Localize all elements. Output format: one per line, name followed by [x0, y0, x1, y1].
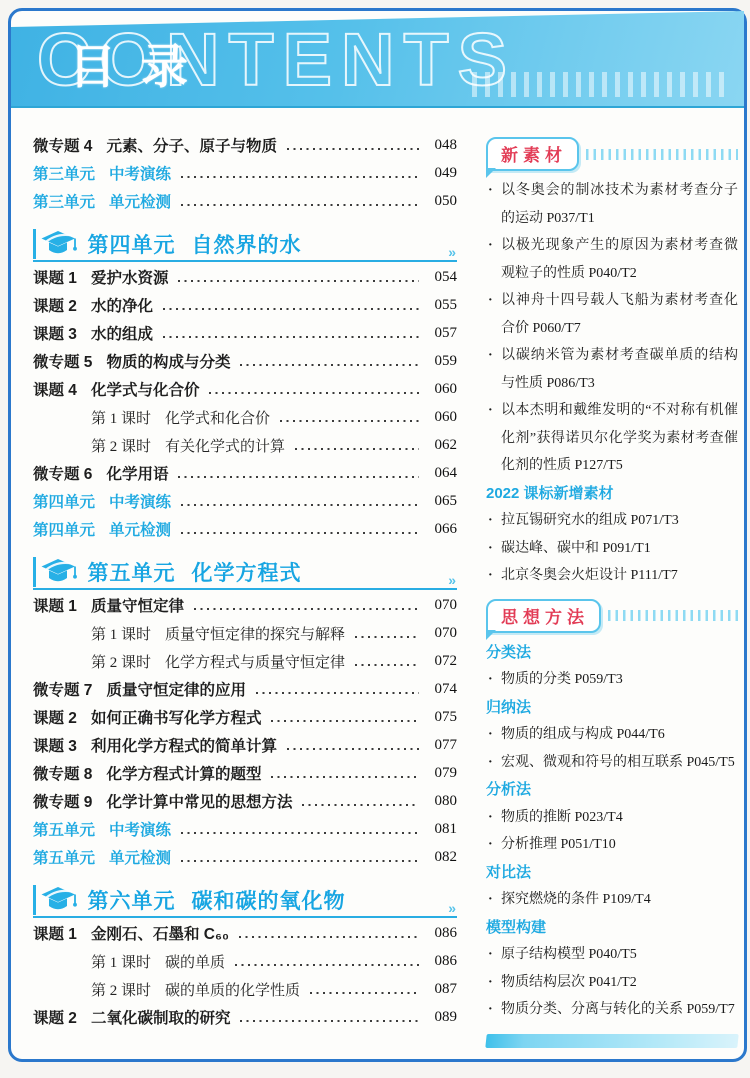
toc-row-title: 水的净化	[91, 294, 153, 316]
dot-leader	[278, 413, 419, 426]
toc-row-page-number: 050	[427, 193, 457, 210]
toc-row-label: 微专题 8	[33, 762, 92, 784]
dot-leader	[254, 685, 419, 698]
toc-row-label: 第 2 课时	[91, 651, 151, 672]
toc-row-title: 水的组成	[91, 322, 153, 344]
dot-leader	[308, 985, 419, 998]
section-title: 碳和碳的氧化物	[192, 885, 346, 915]
toc-row-page-number: 070	[427, 625, 457, 642]
toc-row-page-number: 079	[427, 765, 457, 782]
sidebar-subheading: 归纳法	[486, 694, 738, 722]
toc-row-page-number: 062	[427, 437, 457, 454]
toc-row-page-number: 077	[427, 737, 457, 754]
toc-row-title: 碳的单质的化学性质	[165, 979, 300, 1000]
sidebar-item: 以冬奥会的制冰技术为素材考查分子的运动 P037/T1	[486, 177, 738, 232]
section-header: 第四单元 自然界的水 »	[33, 228, 457, 262]
sidebar-item: 物质的组成与构成 P044/T6	[486, 721, 738, 749]
toc-row-title: 化学计算中常见的思想方法	[106, 790, 292, 812]
toc-row-title: 化学式和化合价	[165, 407, 270, 428]
dot-leader	[285, 141, 419, 154]
toc-row: 第 1 课时 质量守恒定律的探究与解释 070	[33, 619, 457, 647]
toc-row: 微专题 6 化学用语 064	[33, 459, 457, 487]
toc-row: 第 1 课时 化学式和化合价 060	[33, 403, 457, 431]
dot-leader	[192, 601, 419, 614]
toc-row-page-number: 060	[427, 381, 457, 398]
chevron-right-icon: »	[448, 244, 455, 260]
toc-row-title: 单元检测	[109, 518, 171, 540]
toc-row-page-number: 048	[427, 137, 457, 154]
toc-row-label: 第五单元	[33, 818, 95, 840]
dot-leader	[353, 657, 419, 670]
toc-row-label: 第 1 课时	[91, 951, 151, 972]
toc-row-label: 微专题 4	[33, 134, 92, 156]
dot-leader	[293, 441, 419, 454]
toc-row-label: 课题 2	[33, 706, 77, 728]
sidebar-item: 以碳纳米管为素材考查碳单质的结构与性质 P086/T3	[486, 342, 738, 397]
toc-row-title: 如何正确书写化学方程式	[91, 706, 262, 728]
dot-leader	[233, 957, 419, 970]
section-left-rule	[33, 229, 36, 259]
dot-leader	[176, 469, 419, 482]
toc-row-page-number: 081	[427, 821, 457, 838]
toc-row-title: 物质的构成与分类	[106, 350, 230, 372]
toc-row-label: 第三单元	[33, 190, 95, 212]
toc-row-label: 课题 3	[33, 322, 77, 344]
sidebar-item: 物质分类、分离与转化的关系 P059/T7	[486, 996, 738, 1024]
toc-row-page-number: 074	[427, 681, 457, 698]
sidebar-item: 原子结构模型 P040/T5	[486, 941, 738, 969]
toc-row-title: 质量守恒定律的探究与解释	[165, 623, 345, 644]
graduation-cap-icon	[41, 230, 77, 259]
toc-row-label: 课题 1	[33, 922, 77, 944]
toc-row-label: 微专题 7	[33, 678, 92, 700]
section-title: 化学方程式	[192, 557, 302, 587]
sidebar-item: 宏观、微观和符号的相互联系 P045/T5	[486, 749, 738, 777]
section-title: 自然界的水	[192, 229, 302, 259]
sidebar-subheading: 分类法	[486, 639, 738, 667]
toc-row-title: 金刚石、石墨和 C₆₀	[91, 922, 229, 944]
dot-leader	[353, 629, 419, 642]
toc-row: 课题 1 金刚石、石墨和 C₆₀ 086	[33, 919, 457, 947]
dot-leader	[176, 273, 419, 286]
toc-row-page-number: 049	[427, 165, 457, 182]
sidebar-tag: 新素材	[486, 137, 579, 171]
chevron-right-icon: »	[448, 572, 455, 588]
toc-row: 课题 1 质量守恒定律 070	[33, 591, 457, 619]
toc-row-label: 第四单元	[33, 490, 95, 512]
tag-stripes-decoration	[608, 610, 738, 621]
toc-row-title: 化学方程式与质量守恒定律	[165, 651, 345, 672]
toc-row: 课题 3 利用化学方程式的简单计算 077	[33, 731, 457, 759]
sidebar-tag-row: 新素材	[486, 136, 738, 172]
toc-row: 第四单元 单元检测 066	[33, 515, 457, 543]
sidebar-subheading: 2022 课标新增素材	[486, 480, 738, 508]
toc-row-page-number: 054	[427, 269, 457, 286]
toc-row-label: 课题 4	[33, 378, 77, 400]
dot-leader	[269, 713, 419, 726]
dot-leader	[179, 197, 419, 210]
toc-row-page-number: 082	[427, 849, 457, 866]
toc-row-page-number: 087	[427, 981, 457, 998]
toc-row-page-number: 086	[427, 925, 457, 942]
toc-row-page-number: 080	[427, 793, 457, 810]
section-unit-label: 第四单元	[88, 229, 176, 259]
section-left-rule	[33, 557, 36, 587]
toc-row-title: 中考演练	[109, 818, 171, 840]
toc-row-page-number: 072	[427, 653, 457, 670]
toc-row-title: 化学方程式计算的题型	[106, 762, 261, 784]
sidebar-blocks: 新素材 以冬奥会的制冰技术为素材考查分子的运动 P037/T1以极光现象产生的原…	[486, 136, 738, 1024]
toc-row-label: 微专题 9	[33, 790, 92, 812]
graduation-cap-icon	[41, 558, 77, 587]
dot-leader	[269, 769, 419, 782]
toc-row: 第 2 课时 有关化学式的计算 062	[33, 431, 457, 459]
toc-row-label: 微专题 5	[33, 350, 92, 372]
toc-row: 课题 2 二氧化碳制取的研究 089	[33, 1003, 457, 1031]
toc-row: 微专题 5 物质的构成与分类 059	[33, 347, 457, 375]
toc-row-title: 质量守恒定律的应用	[106, 678, 246, 700]
toc-row: 第五单元 中考演练 081	[33, 815, 457, 843]
dot-leader	[179, 825, 419, 838]
dot-leader	[179, 525, 419, 538]
dot-leader	[238, 357, 419, 370]
dot-leader	[161, 301, 419, 314]
toc-row-title: 爱护水资源	[91, 266, 169, 288]
dot-leader	[238, 1013, 419, 1026]
highlight-bar	[485, 1034, 738, 1048]
sidebar-item: 拉瓦锡研究水的组成 P071/T3	[486, 507, 738, 535]
sidebar-item: 以神舟十四号载人飞船为素材考查化合价 P060/T7	[486, 287, 738, 342]
toc-row-page-number: 064	[427, 465, 457, 482]
sidebar-tag-row: 思想方法	[486, 598, 738, 634]
sidebar-item: 物质的分类 P059/T3	[486, 666, 738, 694]
dot-leader	[179, 853, 419, 866]
sidebar-subheading: 模型构建	[486, 914, 738, 942]
chevron-right-icon: »	[448, 900, 455, 916]
sidebar-tag: 思想方法	[486, 599, 601, 633]
dot-leader	[237, 929, 419, 942]
section-header: 第五单元 化学方程式 »	[33, 556, 457, 590]
sidebar-item: 北京冬奥会火炬设计 P111/T7	[486, 562, 738, 590]
toc-row: 微专题 7 质量守恒定律的应用 074	[33, 675, 457, 703]
toc-row: 第五单元 单元检测 082	[33, 843, 457, 871]
toc-row-title: 中考演练	[109, 162, 171, 184]
sidebar-subheading: 分析法	[486, 776, 738, 804]
toc-row: 微专题 9 化学计算中常见的思想方法 080	[33, 787, 457, 815]
section-unit-label: 第五单元	[88, 557, 176, 587]
toc-row-page-number: 060	[427, 409, 457, 426]
toc-row-title: 化学式与化合价	[91, 378, 200, 400]
toc-row: 第 2 课时 碳的单质的化学性质 087	[33, 975, 457, 1003]
toc-row-label: 第 1 课时	[91, 623, 151, 644]
toc-row-page-number: 059	[427, 353, 457, 370]
toc-row-title: 单元检测	[109, 190, 171, 212]
sidebar-groups: 分类法物质的分类 P059/T3归纳法物质的组成与构成 P044/T6宏观、微观…	[486, 639, 738, 1024]
sidebar-item: 物质结构层次 P041/T2	[486, 969, 738, 997]
sidebar-block: 新素材 以冬奥会的制冰技术为素材考查分子的运动 P037/T1以极光现象产生的原…	[486, 136, 738, 590]
toc-row-title: 利用化学方程式的简单计算	[91, 734, 277, 756]
toc-row-page-number: 066	[427, 521, 457, 538]
dot-leader	[161, 329, 419, 342]
sidebar-item: 物质的推断 P023/T4	[486, 804, 738, 832]
toc-row-label: 第四单元	[33, 518, 95, 540]
toc-row-title: 质量守恒定律	[91, 594, 184, 616]
sidebar: 新素材 以冬奥会的制冰技术为素材考查分子的运动 P037/T1以极光现象产生的原…	[486, 136, 738, 1048]
header-banner: CONTENTS 目录	[11, 11, 744, 108]
toc-row: 课题 2 水的净化 055	[33, 291, 457, 319]
toc-row: 第 1 课时 碳的单质 086	[33, 947, 457, 975]
toc-row: 第三单元 中考演练 049	[33, 159, 457, 187]
section-header: 第六单元 碳和碳的氧化物 »	[33, 884, 457, 918]
banner-title-chinese: 目录	[69, 43, 213, 90]
toc-row-page-number: 086	[427, 953, 457, 970]
toc-row-title: 化学用语	[106, 462, 168, 484]
toc-row: 微专题 8 化学方程式计算的题型 079	[33, 759, 457, 787]
sidebar-item: 探究燃烧的条件 P109/T4	[486, 886, 738, 914]
toc-row-title: 有关化学式的计算	[165, 435, 285, 456]
toc-row-page-number: 089	[427, 1009, 457, 1026]
graduation-cap-icon	[41, 886, 77, 915]
toc-row-label: 课题 3	[33, 734, 77, 756]
section-unit-label: 第六单元	[88, 885, 176, 915]
tag-stripes-decoration	[586, 149, 738, 160]
toc-row-title: 单元检测	[109, 846, 171, 868]
toc-row-page-number: 055	[427, 297, 457, 314]
sidebar-groups: 以冬奥会的制冰技术为素材考查分子的运动 P037/T1以极光现象产生的原因为素材…	[486, 177, 738, 590]
sidebar-item: 碳达峰、碳中和 P091/T1	[486, 535, 738, 563]
sidebar-item: 分析推理 P051/T10	[486, 831, 738, 859]
toc-row-label: 第 1 课时	[91, 407, 151, 428]
dot-leader	[300, 797, 419, 810]
toc-row-label: 课题 2	[33, 294, 77, 316]
toc-row-title: 元素、分子、原子与物质	[106, 134, 277, 156]
toc-row-title: 中考演练	[109, 490, 171, 512]
toc-row-title: 碳的单质	[165, 951, 225, 972]
toc-row-page-number: 075	[427, 709, 457, 726]
sidebar-block: 思想方法 分类法物质的分类 P059/T3归纳法物质的组成与构成 P044/T6…	[486, 598, 738, 1024]
toc-row: 课题 3 水的组成 057	[33, 319, 457, 347]
toc-row: 第 2 课时 化学方程式与质量守恒定律 072	[33, 647, 457, 675]
toc-row: 微专题 4 元素、分子、原子与物质 048	[33, 131, 457, 159]
toc-column: 微专题 4 元素、分子、原子与物质 048 第三单元 中考演练 049 第三单元…	[33, 131, 457, 1031]
toc-row-label: 第 2 课时	[91, 435, 151, 456]
toc-row-label: 课题 1	[33, 594, 77, 616]
toc-row-label: 第五单元	[33, 846, 95, 868]
toc-row-page-number: 065	[427, 493, 457, 510]
banner-stripes-decoration	[472, 72, 730, 97]
toc-row: 第四单元 中考演练 065	[33, 487, 457, 515]
toc-row: 课题 1 爱护水资源 054	[33, 263, 457, 291]
dot-leader	[179, 169, 419, 182]
toc-row-label: 第 2 课时	[91, 979, 151, 1000]
toc-row-page-number: 070	[427, 597, 457, 614]
sidebar-subheading: 对比法	[486, 859, 738, 887]
section-left-rule	[33, 885, 36, 915]
toc-row-label: 课题 1	[33, 266, 77, 288]
toc-row-label: 课题 2	[33, 1006, 77, 1028]
dot-leader	[179, 497, 419, 510]
sidebar-item: 以极光现象产生的原因为素材考查微观粒子的性质 P040/T2	[486, 232, 738, 287]
toc-row: 第三单元 单元检测 050	[33, 187, 457, 215]
toc-row-label: 第三单元	[33, 162, 95, 184]
toc-row-title: 二氧化碳制取的研究	[91, 1006, 231, 1028]
toc-row: 课题 4 化学式与化合价 060	[33, 375, 457, 403]
toc-row-label: 微专题 6	[33, 462, 92, 484]
dot-leader	[285, 741, 419, 754]
sidebar-item: 以本杰明和戴维发明的“不对称有机催化剂”获得诺贝尔化学奖为素材考查催化剂的性质 …	[486, 397, 738, 480]
toc-row: 课题 2 如何正确书写化学方程式 075	[33, 703, 457, 731]
dot-leader	[207, 385, 419, 398]
toc-row-page-number: 057	[427, 325, 457, 342]
